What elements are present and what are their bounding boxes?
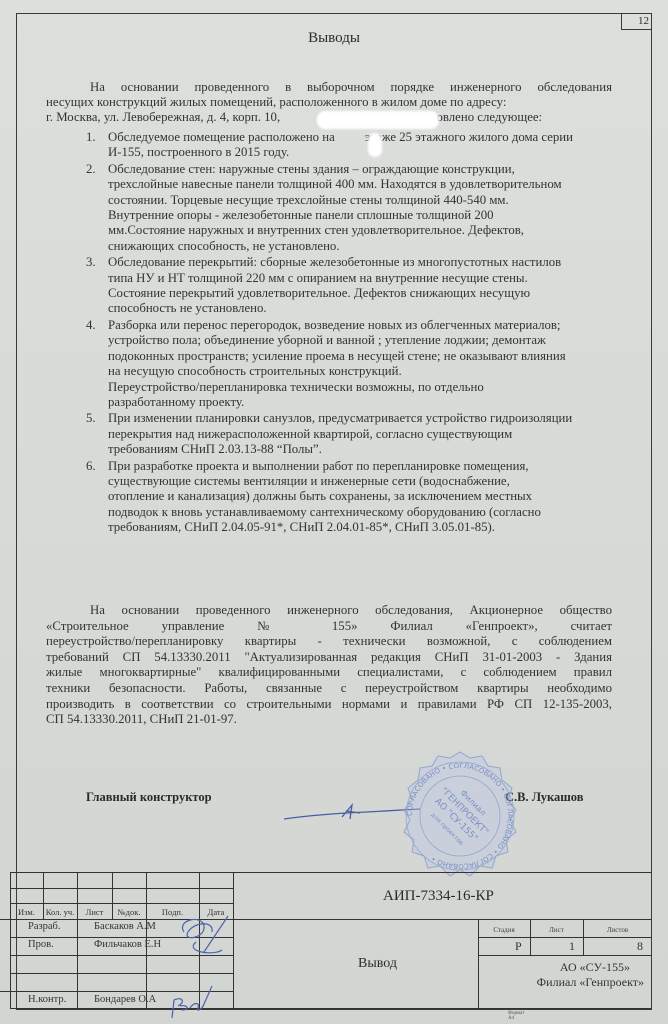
finding-line: При изменении планировки санузлов, преду…: [108, 411, 626, 426]
finding-line: Переустройство/перепланировка технически…: [108, 380, 626, 395]
tb-header-list: Лист: [77, 907, 112, 917]
finding-line: мм.Состояние наружных и внутренних стен …: [108, 223, 626, 238]
finding-number: 4.: [86, 318, 96, 333]
finding-line: Состояние перекрытий удовлетворительное.…: [108, 286, 626, 301]
finding-line: трехслойные навесные панели толщиной 400…: [108, 177, 626, 192]
finding-line: снижающих способность, не установлено.: [108, 239, 626, 254]
approval-stamp-icon: СОГЛАСОВАНО • СОГЛАСОВАНО • СОГЛАСОВАНО …: [392, 748, 528, 884]
tb-line: [583, 919, 584, 955]
tb-line: [10, 872, 11, 1008]
finding-line: Обследование стен: наружные стены здания…: [108, 162, 626, 177]
tb-header-doc-no: №док.: [112, 907, 146, 917]
finding-3: 3. Обследование перекрытий: сборные желе…: [86, 255, 626, 317]
stage-label: Стадия: [478, 926, 530, 934]
finding-number: 6.: [86, 459, 96, 474]
signature-scribble-icon: [174, 912, 234, 960]
finding-line: требованиям, СНиП 2.04.05-91*, СНиП 2.04…: [108, 520, 626, 535]
tb-role-norm-control: Н.контр.: [28, 994, 66, 1005]
organization: АО «СУ-155» Филиал «Генпроект»: [478, 960, 648, 990]
finding-line: Внутренние опоры - железобетонные панели…: [108, 208, 626, 223]
tb-line: [478, 955, 652, 956]
finding-2: 2. Обследование стен: наружные стены зда…: [86, 162, 626, 254]
finding-number: 5.: [86, 411, 96, 426]
conclusion-line: СП 54.13330.2011, СНиП 21-01-97.: [46, 712, 612, 728]
paper-format: Формат А4: [508, 1011, 524, 1021]
tb-name-norm-control: Бондарев О.А: [94, 994, 156, 1005]
sheets-value: 8: [637, 939, 643, 954]
document-code: АИП-7334-16-КР: [233, 874, 652, 918]
signature-scribble-icon: [168, 984, 218, 1022]
finding-line: Обследуемое помещение расположено наэтаж…: [108, 130, 626, 145]
intro-address: г. Москва, ул. Левобережная, д. 4, корп.…: [46, 110, 280, 124]
conclusion-line: жилые многоквартирные" квалифицированным…: [46, 665, 612, 681]
org-line-1: АО «СУ-155»: [478, 960, 644, 975]
conclusion-line: производить в соответствии со строительн…: [46, 697, 612, 713]
finding-line: подводок к вновь устанавливаемому сантех…: [108, 505, 626, 520]
finding-line: способность не установлено.: [108, 301, 626, 316]
tb-line: [10, 872, 652, 873]
intro-line-2: несущих конструкций жилых помещений, рас…: [46, 95, 612, 110]
finding-number: 2.: [86, 162, 96, 177]
document-name: Вывод: [358, 956, 397, 972]
finding-number: 3.: [86, 255, 96, 270]
finding-line: существующие системы вентиляции и инжене…: [108, 474, 626, 489]
finding-line: Разборка или перенос перегородок, возвед…: [108, 318, 626, 333]
tb-name-checker: Фильчаков Е.Н: [94, 939, 161, 950]
conclusion-line: требований СП 54.13330.2011 "Актуализиро…: [46, 650, 612, 666]
finding-line: на несущую способность строительных конс…: [108, 364, 626, 379]
org-line-2: Филиал «Генпроект»: [478, 975, 644, 990]
conclusion-line: На основании проведенного инженерного об…: [46, 603, 612, 619]
redaction-mark: [317, 111, 439, 129]
conclusion-line: «Строительное управление № 155» Филиал «…: [46, 619, 612, 635]
tb-name-developer: Баскаков А.М: [94, 921, 156, 932]
finding-line: подоконных пространств; усиление проема …: [108, 349, 626, 364]
finding-text: Обследуемое помещение расположено на: [108, 130, 335, 144]
finding-line: состоянии. Торцевые несущие трехслойные …: [108, 193, 626, 208]
conclusion-line: переустройство/перепланировку квартиры -…: [46, 634, 612, 650]
conclusion-line: техники безопасности. Работы, связанные …: [46, 681, 612, 697]
finding-line: Обследование перекрытий: сборные железоб…: [108, 255, 626, 270]
sheets-label: Листов: [583, 926, 652, 934]
finding-6: 6. При разработке проекта и выполнении р…: [86, 459, 626, 536]
tb-role-checker: Пров.: [28, 939, 54, 950]
page-title: Выводы: [0, 30, 668, 47]
tb-line: [478, 937, 652, 938]
stage-value: Р: [515, 939, 522, 954]
sheet-number: 12: [621, 13, 652, 30]
tb-header-kol-uch: Кол. уч.: [43, 907, 77, 917]
conclusion-paragraph: На основании проведенного инженерного об…: [46, 603, 612, 728]
finding-line: устройство пола; объединение уборной и в…: [108, 333, 626, 348]
finding-line: И-155, построенного в 2015 году.: [108, 145, 626, 160]
tb-line: [530, 919, 531, 955]
finding-line: отопление и канализация) должны быть сох…: [108, 489, 626, 504]
finding-5: 5. При изменении планировки санузлов, пр…: [86, 411, 626, 457]
finding-line: требованиям СНиП 2.03.13-88 “Полы”.: [108, 442, 626, 457]
intro-line-1: На основании проведенного в выборочном п…: [46, 80, 612, 95]
sheet-label: Лист: [530, 926, 583, 934]
signatory-role: Главный конструктор: [86, 790, 212, 805]
finding-line: перекрытия над нижерасположенной квартир…: [108, 427, 626, 442]
finding-4: 4. Разборка или перенос перегородок, воз…: [86, 318, 626, 410]
tb-role-developer: Разраб.: [28, 921, 61, 932]
finding-line: разработанному проекту.: [108, 395, 626, 410]
finding-text: этаже 25 этажного жилого дома серии: [365, 130, 573, 144]
finding-number: 1.: [86, 130, 96, 145]
tb-header-izm: Изм.: [10, 907, 43, 917]
findings-list: 1. Обследуемое помещение расположено наэ…: [86, 130, 626, 537]
redaction-mark: [368, 133, 382, 157]
finding-line: типа НУ и НТ толщиной 220 мм с опиранием…: [108, 271, 626, 286]
finding-1: 1. Обследуемое помещение расположено наэ…: [86, 130, 626, 161]
tb-line: [10, 1008, 652, 1009]
tb-line: [77, 872, 78, 1008]
sheet-value: 1: [569, 939, 575, 954]
tb-line: [0, 919, 652, 920]
finding-line: При разработке проекта и выполнении рабо…: [108, 459, 626, 474]
